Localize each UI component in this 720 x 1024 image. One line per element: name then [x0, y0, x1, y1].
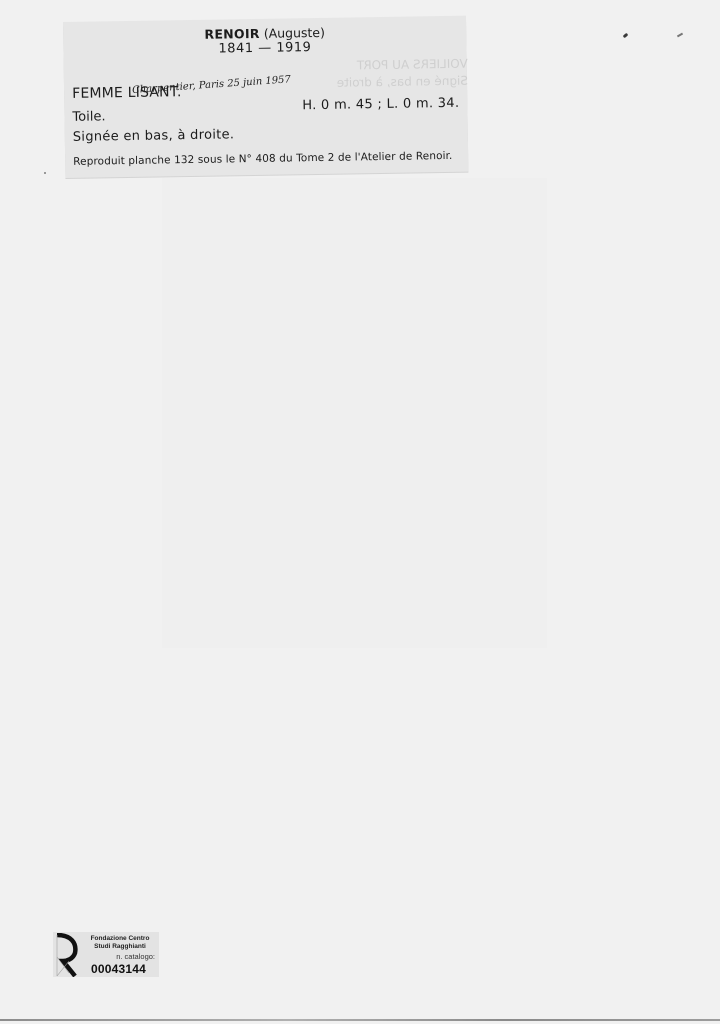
- organization-line: Studi Ragghianti: [83, 943, 157, 951]
- medium: Toile.: [72, 109, 105, 125]
- catalog-label-text: n. catalogo:: [116, 952, 155, 961]
- R-logo-icon: [55, 933, 79, 977]
- organization-name: Fondazione Centro Studi Ragghianti: [83, 935, 157, 951]
- faded-photograph-area: [162, 178, 547, 648]
- catalog-label: VOILIERS AU PORT Signé en bas, à droite …: [63, 16, 468, 178]
- ink-mark: [623, 33, 629, 39]
- show-through-text: VOILIERS AU PORT Signé en bas, à droite: [298, 56, 469, 93]
- page-edge: [0, 1019, 720, 1021]
- handwritten-note: Charpentier, Paris 25 juin 1957: [132, 74, 291, 96]
- dust-speck: [44, 172, 46, 174]
- dimensions: H. 0 m. 45 ; L. 0 m. 34.: [302, 96, 459, 113]
- archive-stamp: Fondazione Centro Studi Ragghianti n. ca…: [53, 932, 159, 977]
- catalog-number: 00043144: [91, 962, 146, 976]
- reproduction-note: Reproduit planche 132 sous le N° 408 du …: [73, 150, 452, 168]
- show-through-line: Signé en bas, à droite: [298, 73, 468, 93]
- signature-note: Signée en bas, à droite.: [73, 127, 235, 145]
- organization-line: Fondazione Centro: [83, 935, 157, 943]
- artist-surname: RENOIR: [204, 26, 260, 42]
- artist-given-name: (Auguste): [264, 25, 325, 41]
- ink-mark: [677, 33, 683, 38]
